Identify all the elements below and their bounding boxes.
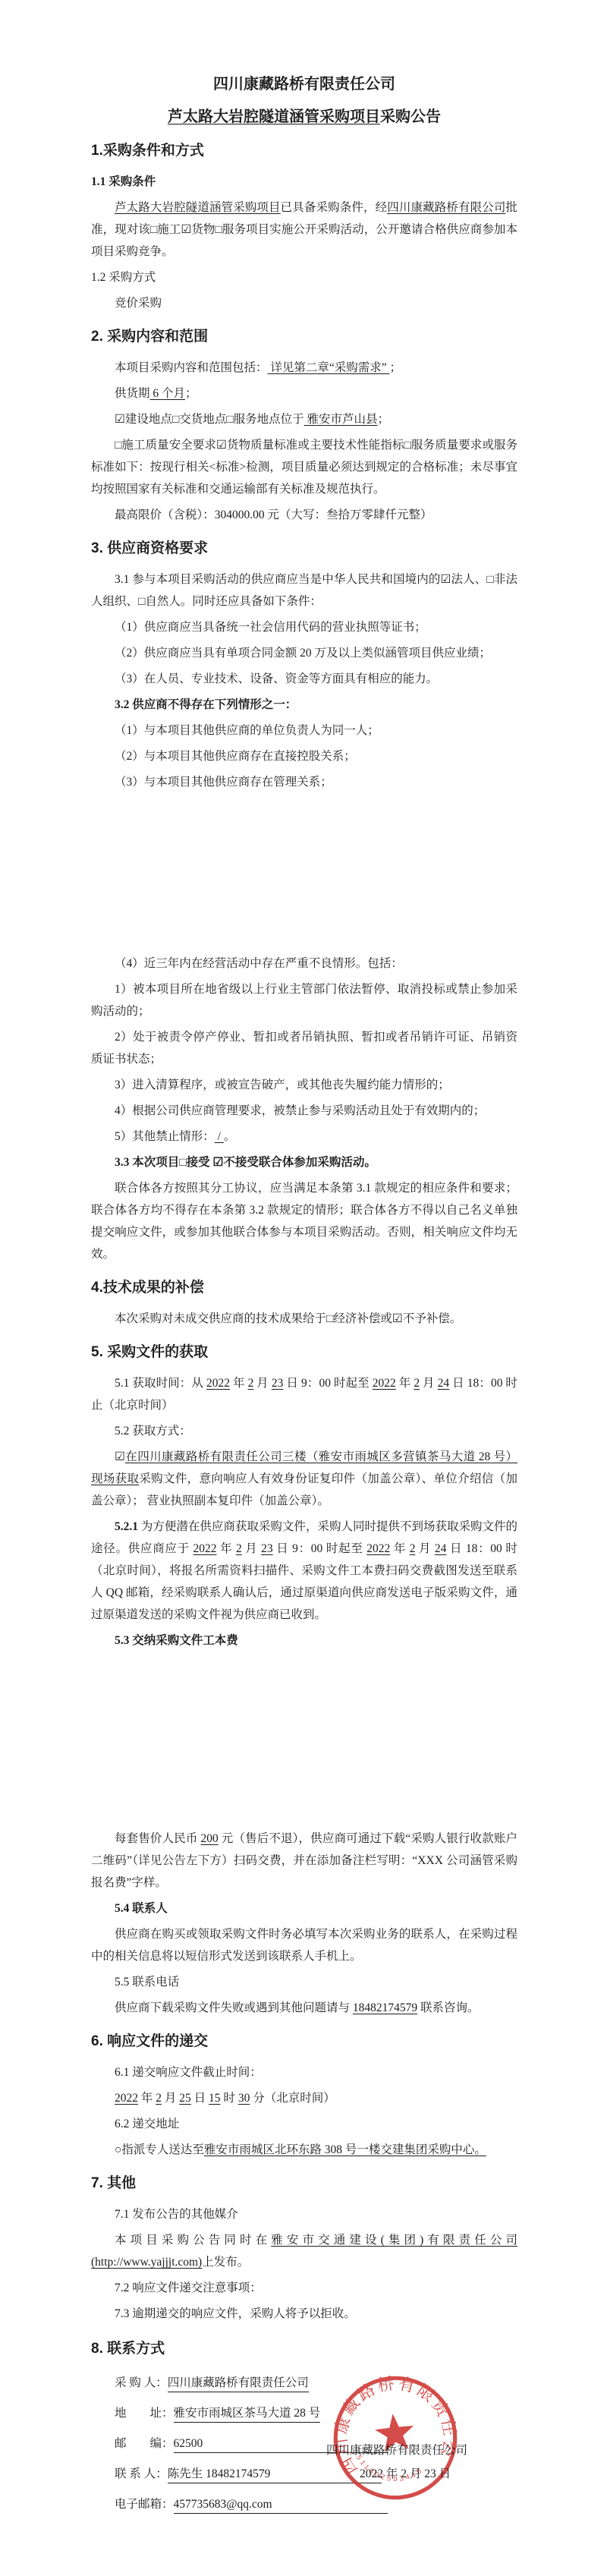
filled-blank: 15 <box>209 2092 221 2105</box>
text-run: 分（北京时间） <box>250 2092 335 2105</box>
text-run: 月 <box>253 1377 272 1390</box>
signature-company: 四川康藏路桥有限责任公司 <box>326 2441 467 2458</box>
text-run: 供货期 <box>115 387 150 400</box>
filled-blank: 2 <box>236 1542 242 1555</box>
text-run: 每套售价人民币 <box>115 1832 201 1845</box>
subheading-7-2: 7.2 响应文件递交注意事项： <box>91 2277 517 2299</box>
para-tech-compensation: 本次采购对未成交供应商的技术成果给于□经济补偿或☑不予补偿。 <box>91 1308 517 1330</box>
field-label: 采 购 人： <box>115 2376 168 2389</box>
filled-blank: 2022 <box>115 2092 138 2105</box>
subheading-6-1: 6.1 递交响应文件截止时间： <box>91 2061 517 2083</box>
filled-blank: 23 <box>261 1542 273 1555</box>
subheading-5-5: 5.5 联系电话 <box>91 1971 517 1993</box>
para-contact-person-note: 供应商在购买或领取采购文件时务必填写本次采购业务的联系人，在采购过程中的相关信息… <box>91 1923 517 1967</box>
document-title-company: 四川康藏路桥有限责任公司 <box>91 73 517 96</box>
para-onsite-acquisition: ☑在四川康藏路桥有限责任公司三楼（雅安市雨城区多营镇茶马大道 28 号）现场获取… <box>91 1446 517 1512</box>
text-run: 月 <box>162 2092 179 2105</box>
phone-number: 18482174579 <box>353 2001 417 2014</box>
filled-blank: 2022 <box>366 1542 390 1555</box>
page-break-gap <box>91 797 517 949</box>
filled-blank: 23 <box>272 1377 284 1390</box>
text-run: 联系咨询。 <box>417 2001 479 2014</box>
text-run: 日 <box>191 2092 209 2105</box>
signature-date: 2022 年 2 月 23 日 <box>360 2464 451 2481</box>
para-supply-period: 供货期 6 个月； <box>91 383 517 405</box>
text-run: 本项目采购公告同时在 <box>115 2234 271 2247</box>
para-procurement-conditions: 芦太路大岩腔隧道涵管采购项目已具备采购条件，经四川康藏路桥有限公司批准，现对该□… <box>91 197 517 263</box>
field-value: 四川康藏路桥有限责任公司 <box>168 2375 309 2392</box>
subheading-3-3: 3.3 本次项目□接受 ☑不接受联合体参加采购活动。 <box>91 1151 517 1173</box>
list-item: 3）进入清算程序，或被宣告破产，或其他丧失履约能力情形的； <box>91 1074 517 1096</box>
text-run: 时 <box>221 2092 238 2105</box>
section-3-heading: 3. 供应商资格要求 <box>91 537 517 561</box>
para-quality-standard: □施工质量安全要求☑货物质量标准或主要技术性能指标□服务质量要求或服务标准如下：… <box>91 434 517 500</box>
filled-blank: 详见第二章“采购需求” <box>268 361 390 374</box>
filled-blank: 2 <box>414 1377 420 1390</box>
section-2-scope: 2. 采购内容和范围 本项目采购内容和范围包括： 详见第二章“采购需求” ； 供… <box>91 325 517 526</box>
text-run: 5）其他禁止情形： <box>115 1130 215 1143</box>
subheading-5-4: 5.4 联系人 <box>91 1897 517 1919</box>
para-price-ceiling: 最高限价（含税）：304000.00 元（大写：叁拾万零肆仟元整） <box>91 504 517 526</box>
seal-graphic: 四川康藏路桥有限责任公司 511802503410 <box>322 2364 468 2511</box>
section-5-document-acquisition: 5. 采购文件的获取 5.1 获取时间：从 2022 年 2 月 23 日 9：… <box>91 1340 517 2019</box>
field-label: 地 址： <box>115 2407 174 2420</box>
text-run: 供应商下载采购文件失败或遇到其他问题请与 <box>115 2001 353 2014</box>
project-name: 芦太路大岩腔隧道涵管采购项目 <box>168 109 380 125</box>
filled-blank: 雅安市芦山县 <box>304 413 378 426</box>
filled-blank: / <box>215 1130 224 1143</box>
subheading-3-1: 3.1 参与本项目采购活动的供应商应当是中华人民共和国境内的☑法人、□非法人组织… <box>91 568 517 613</box>
list-item: 4）根据公司供应商管理要求，被禁止参与采购活动且处于有效期内的； <box>91 1100 517 1122</box>
para-consortium: 联合体各方按照其分工协议，应当满足本条第 3.1 款规定的相应条件和要求；联合体… <box>91 1177 517 1265</box>
list-item-other-prohibitions: 5）其他禁止情形： / 。 <box>91 1126 517 1148</box>
section-6-submission: 6. 响应文件的递交 6.1 递交响应文件截止时间： 2022 年 2 月 25… <box>91 2030 517 2161</box>
subheading-1-2: 1.2 采购方式 <box>91 266 517 288</box>
filled-blank: 24 <box>438 1377 450 1390</box>
text-run: ○指派专人送达至 <box>115 2143 204 2156</box>
filled-blank: 24 <box>435 1542 447 1555</box>
section-5-heading: 5. 采购文件的获取 <box>91 1340 517 1365</box>
document-content: 四川康藏路桥有限责任公司 芦太路大岩腔隧道涵管采购项目采购公告 1.采购条件和方… <box>0 0 607 2518</box>
section-6-heading: 6. 响应文件的递交 <box>91 2030 517 2054</box>
list-item: （2）供应商应当具有单项合同金额 20 万及以上类似涵管项目供应业绩； <box>91 642 517 664</box>
list-item: 2）处于被责令停产停业、暂扣或者吊销执照、暂扣或者吊销许可证、吊销资质证书状态； <box>91 1026 517 1070</box>
text-run: 年 <box>230 1377 248 1390</box>
para-deadline: 2022 年 2 月 25 日 15 时 30 分（北京时间） <box>91 2087 517 2109</box>
subheading-5-3: 5.3 交纳采购文件工本费 <box>91 1630 517 1652</box>
page-break-gap <box>91 1655 517 1824</box>
para-remote-acquisition: 5.2.1 为方便潜在供应商获取采购文件，采购人同时提供不到场获取采购文件的途径… <box>91 1516 517 1626</box>
para-document-fee: 每套售价人民币 200 元（售后不退），供应商可通过下载“采购人银行收款账户二维… <box>91 1828 517 1894</box>
text-run: 5.1 获取时间：从 <box>115 1377 206 1390</box>
filled-blank: 芦太路大岩腔隧道涵管采购项目 <box>115 201 281 214</box>
announcement-page: 四川康藏路桥有限责任公司 芦太路大岩腔隧道涵管采购项目采购公告 1.采购条件和方… <box>0 0 607 2576</box>
subheading-5-2: 5.2 获取方式： <box>91 1420 517 1442</box>
text-run: 日 9：00 时起至 <box>283 1377 372 1390</box>
list-item: （4）近三年内在经营活动中存在严重不良情形。包括： <box>91 953 517 975</box>
list-item: （1）与本项目其他供应商的单位负责人为同一人； <box>91 720 517 742</box>
subheading-7-3: 7.3 逾期递交的响应文件，采购人将予以拒收。 <box>91 2303 517 2325</box>
list-item: 1）被本项目所在地省级以上行业主管部门依法暂停、取消投标或禁止参加采购活动的； <box>91 978 517 1022</box>
filled-blank: 2022 <box>193 1542 216 1555</box>
section-3-qualifications: 3. 供应商资格要求 3.1 参与本项目采购活动的供应商应当是中华人民共和国境内… <box>91 537 517 1265</box>
section-1-conditions: 1.采购条件和方式 1.1 采购条件 芦太路大岩腔隧道涵管采购项目已具备采购条件… <box>91 139 517 314</box>
list-item: （1）供应商应当具备统一社会信用代码的营业执照等证书； <box>91 616 517 638</box>
title-suffix: 采购公告 <box>380 109 441 125</box>
filled-blank: 四川康藏路桥有限公司 <box>387 201 505 214</box>
text-run: 月 <box>415 1542 434 1555</box>
section-4-compensation: 4.技术成果的补偿 本次采购对未成交供应商的技术成果给于□经济补偿或☑不予补偿。 <box>91 1276 517 1330</box>
filled-blank: 2022 <box>373 1377 396 1390</box>
text-run: 日 9：00 时起至 <box>273 1542 367 1555</box>
text-run: 年 <box>390 1542 409 1555</box>
text-run: 上发布。 <box>202 2256 249 2269</box>
filled-blank: 25 <box>179 2092 191 2105</box>
text-run: ； <box>185 387 197 400</box>
para-other-media: 本项目采购公告同时在雅安市交通建设(集团)有限责任公司(http://www.y… <box>91 2229 517 2273</box>
list-item: （2）与本项目其他供应商存在直接控股关系； <box>91 745 517 767</box>
field-label: 邮 编： <box>115 2437 174 2450</box>
section-7-others: 7. 其他 7.1 发布公告的其他媒介 本项目采购公告同时在雅安市交通建设(集团… <box>91 2171 517 2325</box>
list-item: （3）在人员、专业技术、设备、资金等方面具有相应的能力。 <box>91 668 517 690</box>
text-run: 年 <box>216 1542 235 1555</box>
text-run: 采购文件，意向响应人有效身份证复印件（加盖公章）、单位介绍信（加盖公章）； 营业… <box>91 1472 517 1507</box>
subheading-6-2: 6.2 递交地址 <box>91 2113 517 2135</box>
company-seal: 四川康藏路桥有限责任公司 511802503410 <box>322 2364 468 2511</box>
field-label: 联 系 人： <box>115 2467 168 2480</box>
para-location: ☑建设地点□交货地点□服务地点位于 雅安市芦山县； <box>91 408 517 430</box>
field-value: 雅安市雨城区茶马大道 28 号 <box>174 2405 321 2423</box>
section-2-heading: 2. 采购内容和范围 <box>91 325 517 349</box>
filled-blank: 2022 <box>206 1377 230 1390</box>
text-run: 本项目采购内容和范围包括： <box>115 361 268 374</box>
para-acquisition-time: 5.1 获取时间：从 2022 年 2 月 23 日 9：00 时起至 2022… <box>91 1372 517 1416</box>
text-run: 。 <box>224 1130 236 1143</box>
para-procurement-method: 竞价采购 <box>91 292 517 314</box>
subheading-1-1: 1.1 采购条件 <box>91 171 517 193</box>
text-run: ； <box>390 361 402 374</box>
filled-blank: 30 <box>238 2092 250 2105</box>
filled-blank: 雅安市雨城区北环东路 308 号一楼交建集团采购中心。 <box>204 2143 486 2156</box>
text-run: 年 <box>396 1377 414 1390</box>
para-scope: 本项目采购内容和范围包括： 详见第二章“采购需求” ； <box>91 357 517 379</box>
filled-blank: 6 个月 <box>150 387 186 400</box>
para-submission-address: ○指派专人送达至雅安市雨城区北环东路 308 号一楼交建集团采购中心。 <box>91 2139 517 2161</box>
text-run: ☑建设地点□交货地点□服务地点位于 <box>115 413 304 426</box>
text-run: 年 <box>138 2092 156 2105</box>
text-run: 月 <box>242 1542 261 1555</box>
filled-blank: 200 <box>201 1832 219 1845</box>
section-8-heading: 8. 联系方式 <box>91 2335 517 2362</box>
section-7-heading: 7. 其他 <box>91 2171 517 2196</box>
checkbox-checked: ☑ <box>115 1450 125 1463</box>
subheading-3-2: 3.2 供应商不得存在下列情形之一： <box>91 694 517 716</box>
field-label: 电子邮箱： <box>115 2498 174 2511</box>
filled-blank: 2 <box>156 2092 162 2105</box>
text-run: 已具备采购条件，经 <box>281 201 388 214</box>
subheading-7-1: 7.1 发布公告的其他媒介 <box>91 2203 517 2225</box>
section-1-heading: 1.采购条件和方式 <box>91 139 517 163</box>
para-contact-phone: 供应商下载采购文件失败或遇到其他问题请与 18482174579 联系咨询。 <box>91 1997 517 2019</box>
list-item: （3）与本项目其他供应商存在管理关系； <box>91 771 517 793</box>
document-title-project: 芦太路大岩腔隧道涵管采购项目采购公告 <box>91 105 517 128</box>
clause-number: 5.2.1 <box>115 1520 141 1533</box>
text-run: 月 <box>420 1377 438 1390</box>
section-4-heading: 4.技术成果的补偿 <box>91 1276 517 1300</box>
text-run: ； <box>378 413 390 426</box>
